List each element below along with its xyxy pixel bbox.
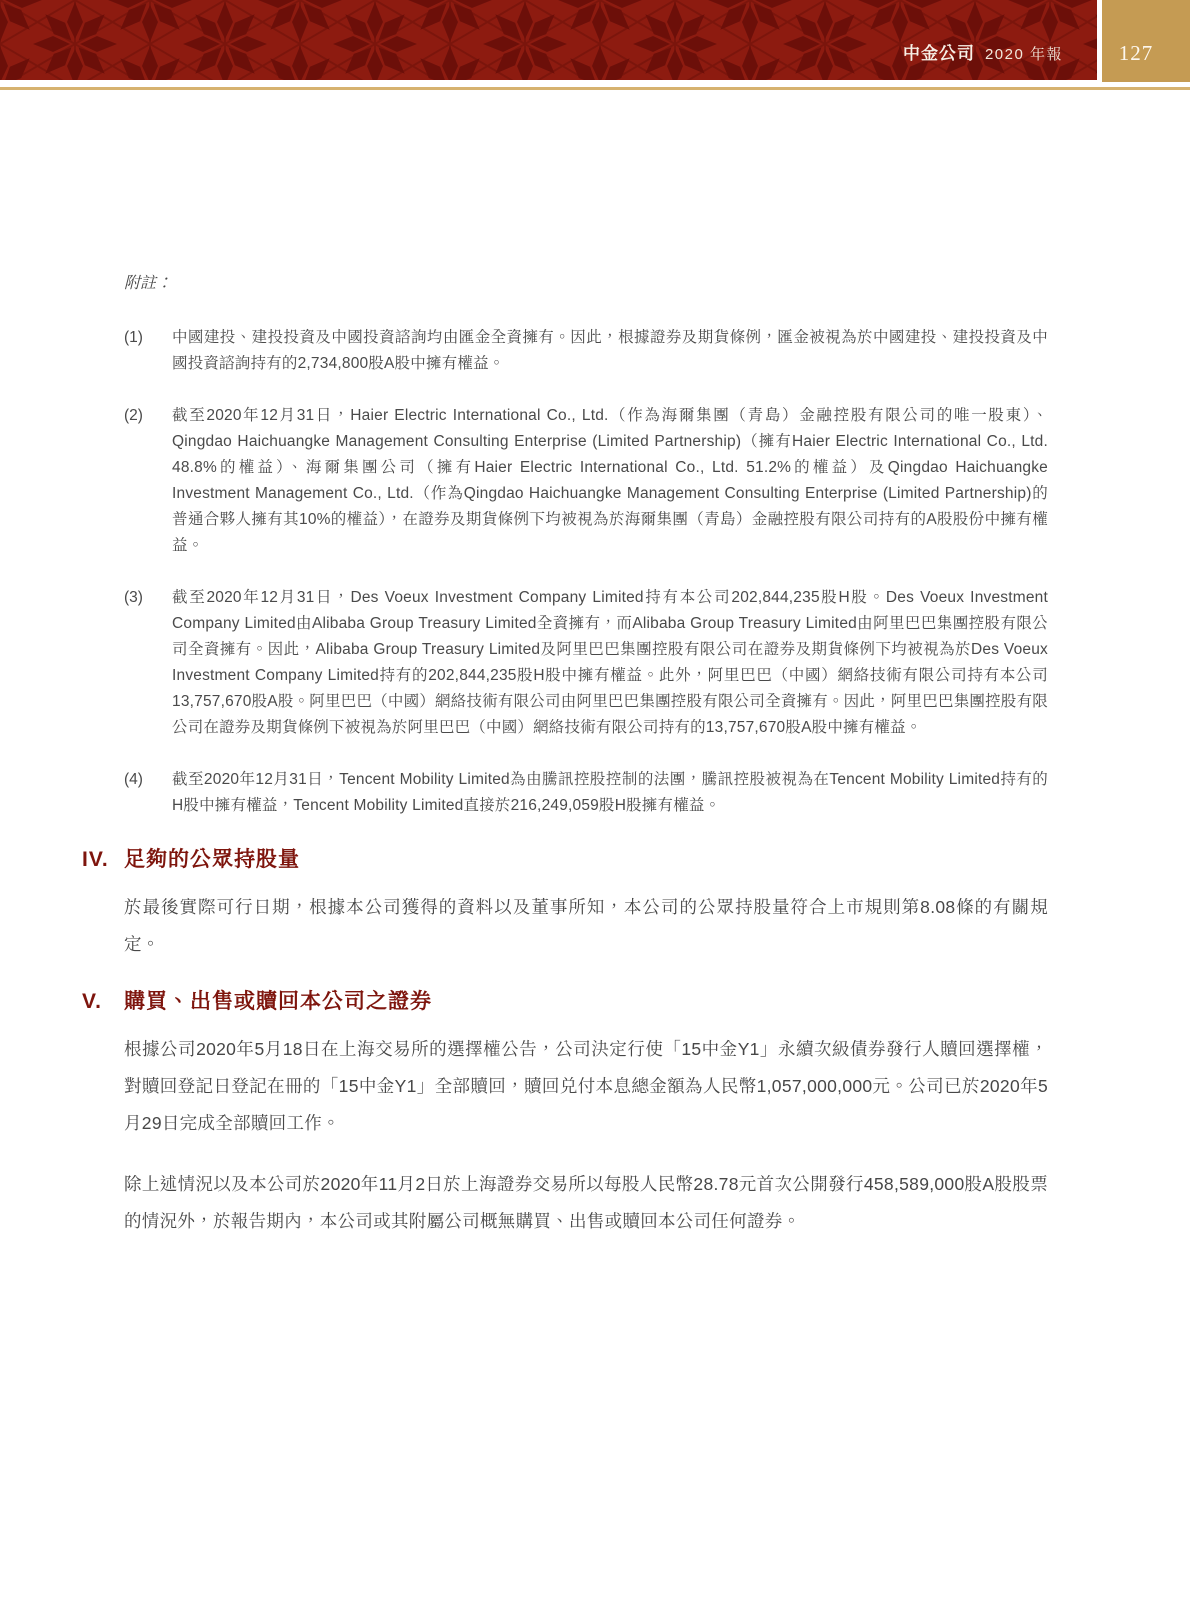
annual-report-page: 中金公司2020 年報 127 附註： (1) 中國建投、建投投資及中國投資諮詢… bbox=[0, 0, 1190, 1615]
section-purchase-sale-redemption: V. 購買、出售或贖回本公司之證券 根據公司2020年5月18日在上海交易所的選… bbox=[124, 987, 1048, 1240]
note-number: (1) bbox=[124, 325, 172, 377]
note-number: (2) bbox=[124, 403, 172, 559]
note-number: (3) bbox=[124, 585, 172, 741]
note-text: 截至2020年12月31日，Haier Electric Internation… bbox=[172, 403, 1048, 559]
note-item: (1) 中國建投、建投投資及中國投資諮詢均由匯金全資擁有。因此，根據證券及期貨條… bbox=[124, 325, 1048, 377]
note-item: (2) 截至2020年12月31日，Haier Electric Interna… bbox=[124, 403, 1048, 559]
section-number: V. bbox=[82, 987, 102, 1017]
section-title: 購買、出售或贖回本公司之證券 bbox=[124, 990, 432, 1013]
note-text: 截至2020年12月31日，Des Voeux Investment Compa… bbox=[172, 585, 1048, 741]
header-rule bbox=[0, 87, 1190, 90]
section-v-heading: V. 購買、出售或贖回本公司之證券 bbox=[124, 987, 1048, 1017]
section-paragraph: 根據公司2020年5月18日在上海交易所的選擇權公告，公司決定行使「15中金Y1… bbox=[124, 1031, 1048, 1142]
company-name: 中金公司 bbox=[903, 44, 975, 63]
header-brand: 中金公司2020 年報 bbox=[903, 39, 1097, 80]
report-year: 2020 年報 bbox=[985, 46, 1063, 63]
note-text: 截至2020年12月31日，Tencent Mobility Limited為由… bbox=[172, 767, 1048, 819]
note-text: 中國建投、建投投資及中國投資諮詢均由匯金全資擁有。因此，根據證券及期貨條例，匯金… bbox=[172, 325, 1048, 377]
note-item: (3) 截至2020年12月31日，Des Voeux Investment C… bbox=[124, 585, 1048, 741]
content: 附註： (1) 中國建投、建投投資及中國投資諮詢均由匯金全資擁有。因此，根據證券… bbox=[124, 270, 1048, 1240]
note-number: (4) bbox=[124, 767, 172, 819]
page-number-box: 127 bbox=[1102, 0, 1190, 82]
section-paragraph: 於最後實際可行日期，根據本公司獲得的資料以及董事所知，本公司的公眾持股量符合上市… bbox=[124, 889, 1048, 963]
page-header: 中金公司2020 年報 bbox=[0, 0, 1097, 80]
notes-label: 附註： bbox=[124, 270, 1048, 293]
section-number: IV. bbox=[82, 845, 109, 875]
section-paragraph: 除上述情況以及本公司於2020年11月2日於上海證券交易所以每股人民幣28.78… bbox=[124, 1166, 1048, 1240]
section-title: 足夠的公眾持股量 bbox=[124, 848, 300, 871]
section-iv-heading: IV. 足夠的公眾持股量 bbox=[124, 845, 1048, 875]
section-public-float: IV. 足夠的公眾持股量 於最後實際可行日期，根據本公司獲得的資料以及董事所知，… bbox=[124, 845, 1048, 963]
note-item: (4) 截至2020年12月31日，Tencent Mobility Limit… bbox=[124, 767, 1048, 819]
page-number: 127 bbox=[1119, 41, 1154, 66]
